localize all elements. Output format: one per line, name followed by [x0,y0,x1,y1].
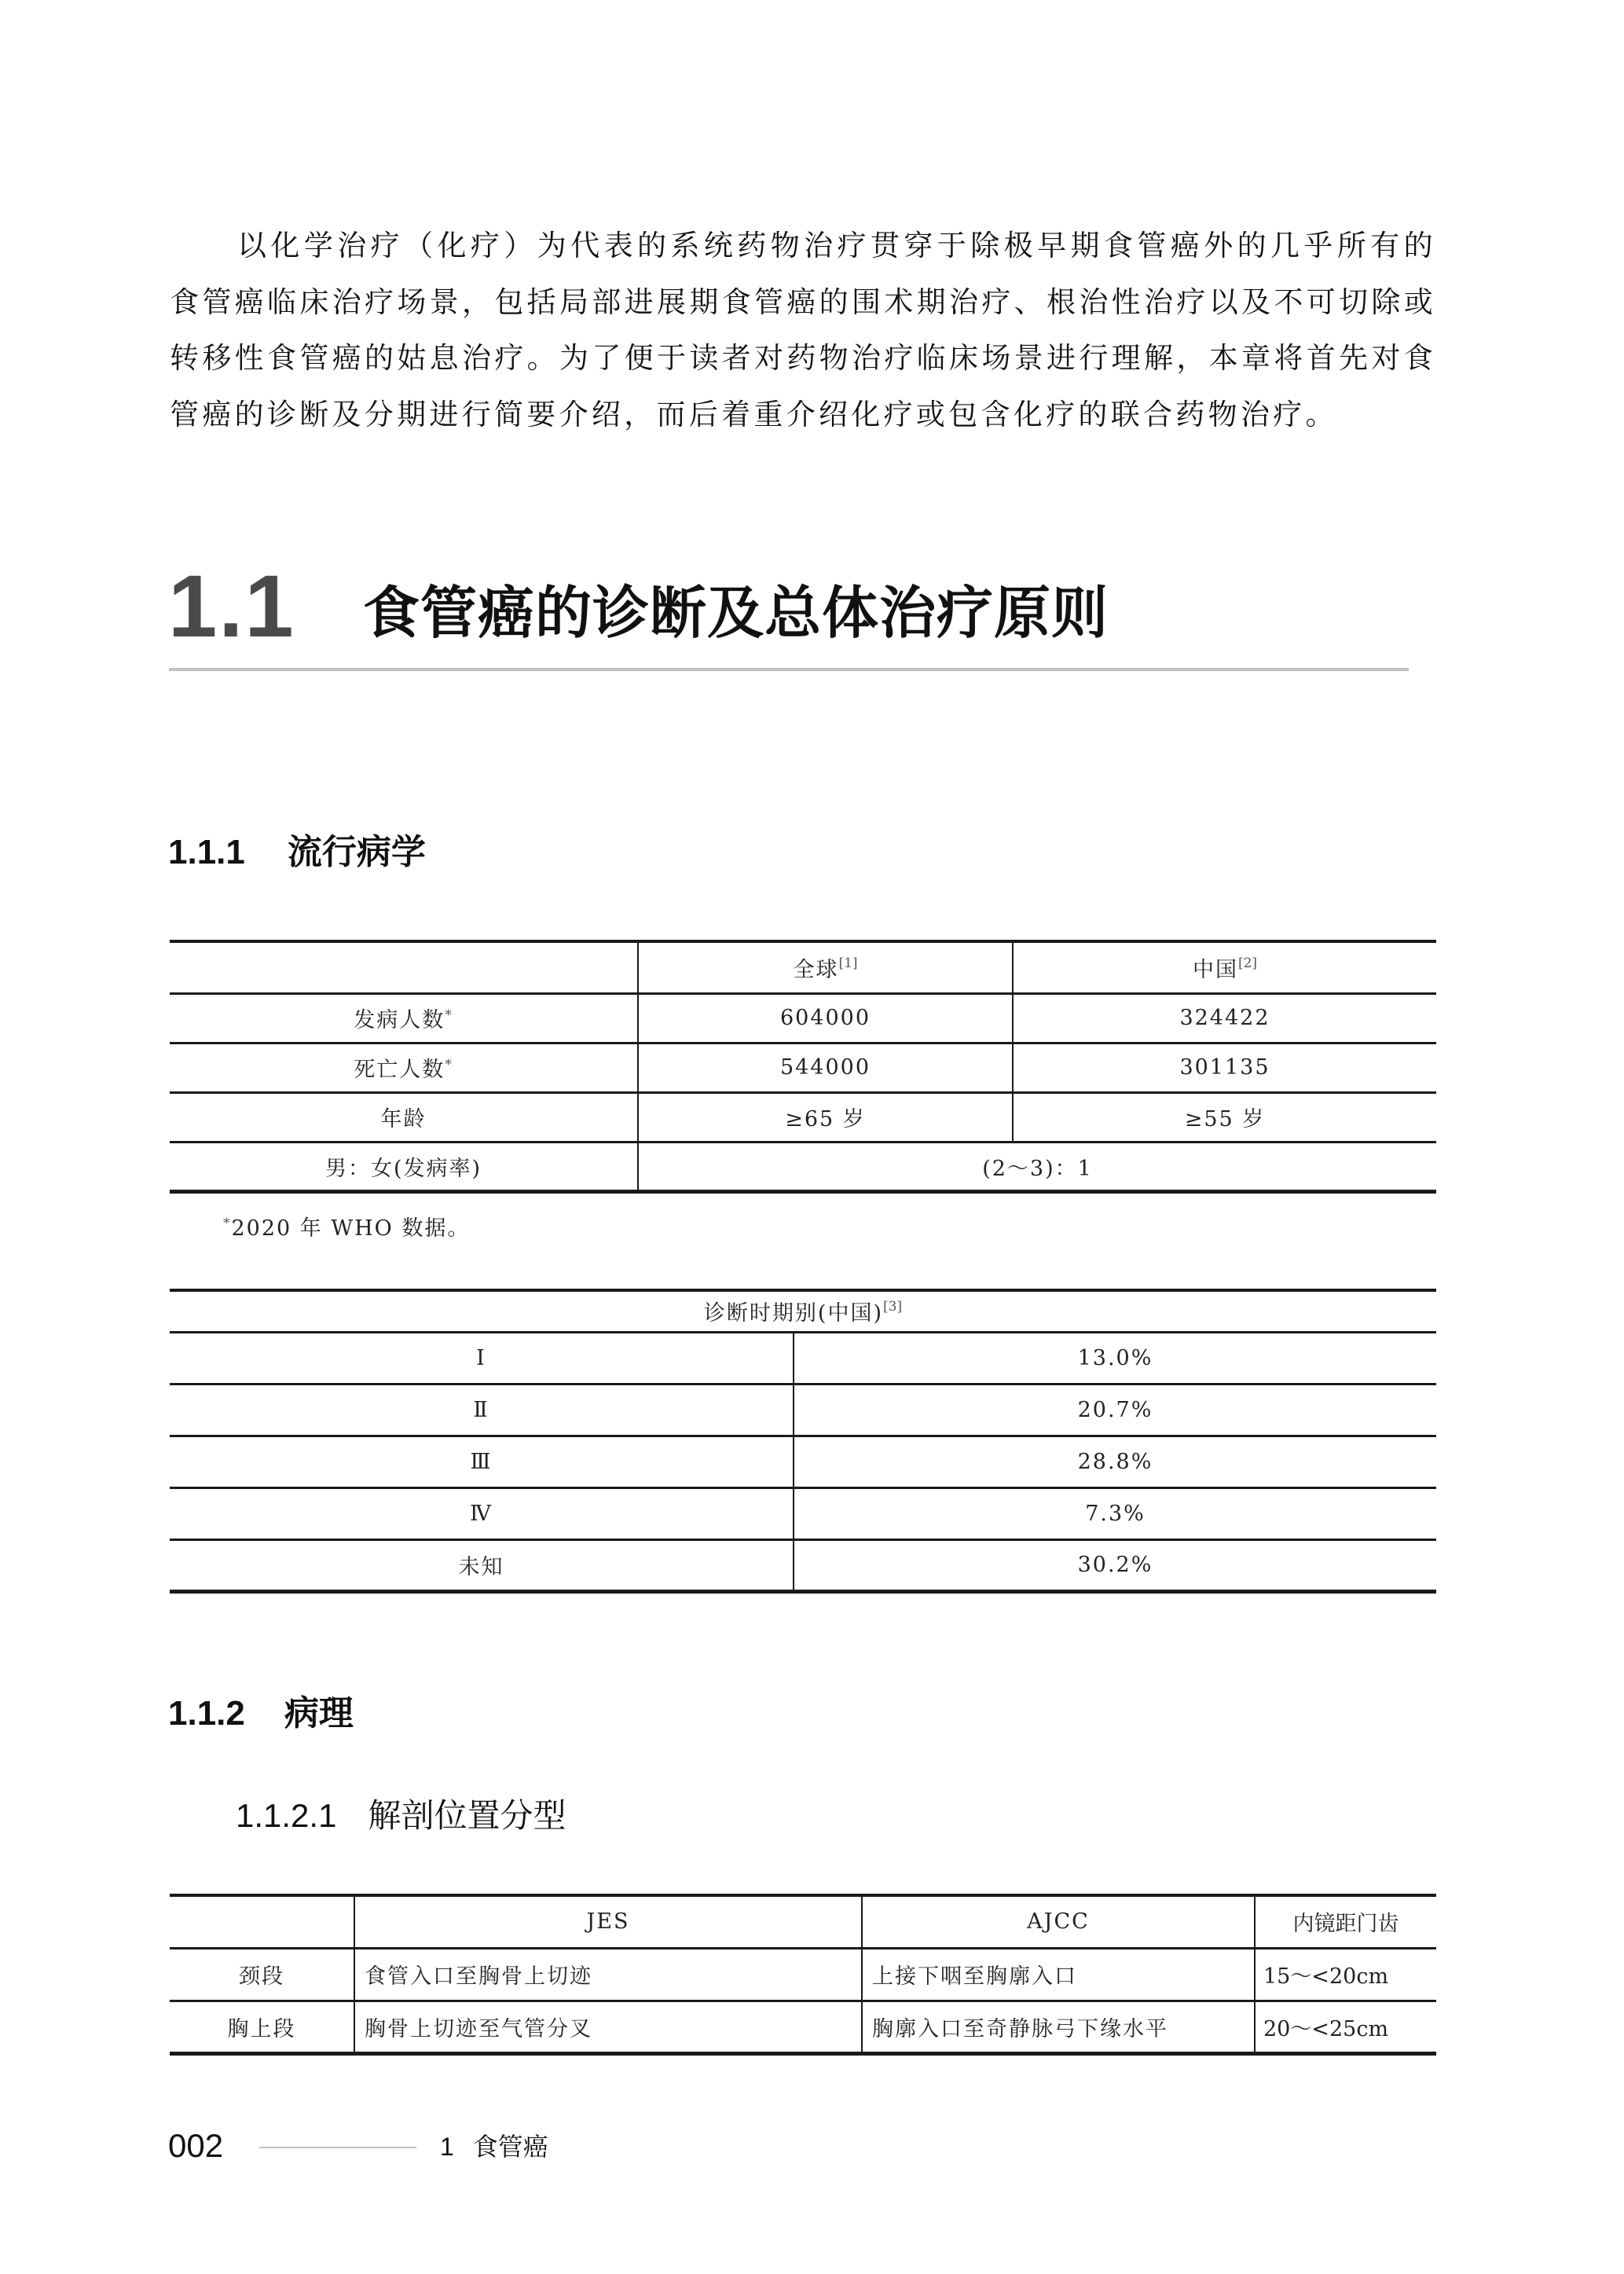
section-title: 食管癌的诊断及总体治疗原则 [363,581,1109,644]
row-label: 死亡人数* [170,1043,638,1092]
jes-definition: 胸骨上切迹至气管分叉 [354,2001,862,2053]
table-row: 未知 30.2% [170,1539,1436,1591]
table-footnote: *2020 年 WHO 数据。 [223,1210,470,1242]
table-header-row: JES AJCC 内镜距门齿 [170,1895,1436,1948]
stage-value: 30.2% [794,1539,1436,1591]
table-row: 死亡人数* 544000 301135 [170,1043,1436,1092]
table-caption: 诊断时期别(中国)[3] [170,1290,1436,1332]
table-row: 胸上段 胸骨上切迹至气管分叉 胸廓入口至奇静脉弓下缘水平 20～<25cm [170,2001,1436,2053]
table-caption-row: 诊断时期别(中国)[3] [170,1290,1436,1332]
citation-ref[interactable]: [1] [838,955,857,971]
subsubsection-heading-anatomy: 1.1.2.1解剖位置分型 [236,1796,566,1836]
section-divider [169,668,1409,671]
stage-label: Ⅰ [170,1332,794,1384]
intro-paragraph: 以化学治疗（化疗）为代表的系统药物治疗贯穿于除极早期食管癌外的几乎所有的食管癌临… [170,218,1436,442]
footer-divider [259,2147,416,2148]
running-chapter-title: 1食管癌 [440,2129,548,2164]
row-label: 发病人数* [170,993,638,1043]
stage-label: Ⅲ [170,1436,794,1487]
page-number: 002 [168,2126,223,2166]
segment-label: 胸上段 [170,2001,354,2053]
subsection-heading-pathology: 1.1.2病理 [168,1694,354,1733]
subsubsection-title: 解剖位置分型 [368,1796,566,1835]
cell-china: ≥55 岁 [1013,1092,1436,1142]
stage-value: 7.3% [794,1487,1436,1539]
footnote-mark: * [445,1057,453,1073]
chapter-title: 食管癌 [473,2132,548,2162]
row-label: 年龄 [170,1092,638,1142]
stage-at-diagnosis-table: 诊断时期别(中国)[3] Ⅰ 13.0% Ⅱ 20.7% Ⅲ 28.8% Ⅳ 7… [170,1289,1436,1594]
citation-ref[interactable]: [2] [1238,955,1257,971]
table-row: 颈段 食管入口至胸骨上切迹 上接下咽至胸廓入口 15～<20cm [170,1948,1436,2001]
ajcc-definition: 上接下咽至胸廓入口 [862,1948,1255,2001]
header-cell-china: 中国[2] [1013,941,1436,993]
citation-ref[interactable]: [3] [883,1299,902,1315]
cell-china: 301135 [1013,1043,1436,1092]
anatomical-location-table: JES AJCC 内镜距门齿 颈段 食管入口至胸骨上切迹 上接下咽至胸廓入口 1… [170,1894,1436,2056]
subsection-heading-epidemiology: 1.1.1流行病学 [168,833,426,872]
header-cell-jes: JES [354,1895,862,1948]
stage-label: 未知 [170,1539,794,1591]
stage-label: Ⅱ [170,1384,794,1436]
stage-value: 20.7% [794,1384,1436,1436]
table-row: 年龄 ≥65 岁 ≥55 岁 [170,1092,1436,1142]
table-row: Ⅲ 28.8% [170,1436,1436,1487]
cell-global: ≥65 岁 [638,1092,1013,1142]
subsection-number: 1.1.1 [168,833,245,872]
epidemiology-table: 全球[1] 中国[2] 发病人数* 604000 324422 死亡人数* 54… [170,940,1436,1194]
endoscopic-distance: 15～<20cm [1255,1948,1436,2001]
table-row: Ⅳ 7.3% [170,1487,1436,1539]
subsubsection-number: 1.1.2.1 [236,1796,336,1836]
endoscopic-distance: 20～<25cm [1255,2001,1436,2053]
header-cell-empty [170,1895,354,1948]
section-number: 1.1 [168,563,295,651]
chapter-number: 1 [440,2133,454,2161]
header-cell-distance: 内镜距门齿 [1255,1895,1436,1948]
row-label: 男：女(发病率) [170,1142,638,1191]
jes-definition: 食管入口至胸骨上切迹 [354,1948,862,2001]
table-header-row: 全球[1] 中国[2] [170,941,1436,993]
ajcc-definition: 胸廓入口至奇静脉弓下缘水平 [862,2001,1255,2053]
segment-label: 颈段 [170,1948,354,2001]
footnote-mark: * [223,1216,232,1231]
subsection-title: 病理 [284,1693,354,1733]
stage-value: 28.8% [794,1436,1436,1487]
table-row: Ⅱ 20.7% [170,1384,1436,1436]
subsection-number: 1.1.2 [168,1694,245,1733]
stage-label: Ⅳ [170,1487,794,1539]
table-row: 发病人数* 604000 324422 [170,993,1436,1043]
cell-china: 324422 [1013,993,1436,1043]
header-cell-ajcc: AJCC [862,1895,1255,1948]
table-row: 男：女(发病率) (2～3)：1 [170,1142,1436,1191]
header-cell-global: 全球[1] [638,941,1013,993]
cell-global: 604000 [638,993,1013,1043]
footnote-mark: * [445,1007,453,1023]
stage-value: 13.0% [794,1332,1436,1384]
cell-global: 544000 [638,1043,1013,1092]
header-cell-empty [170,941,638,993]
subsection-title: 流行病学 [288,832,426,872]
table-row: Ⅰ 13.0% [170,1332,1436,1384]
cell-ratio: (2～3)：1 [638,1142,1436,1191]
